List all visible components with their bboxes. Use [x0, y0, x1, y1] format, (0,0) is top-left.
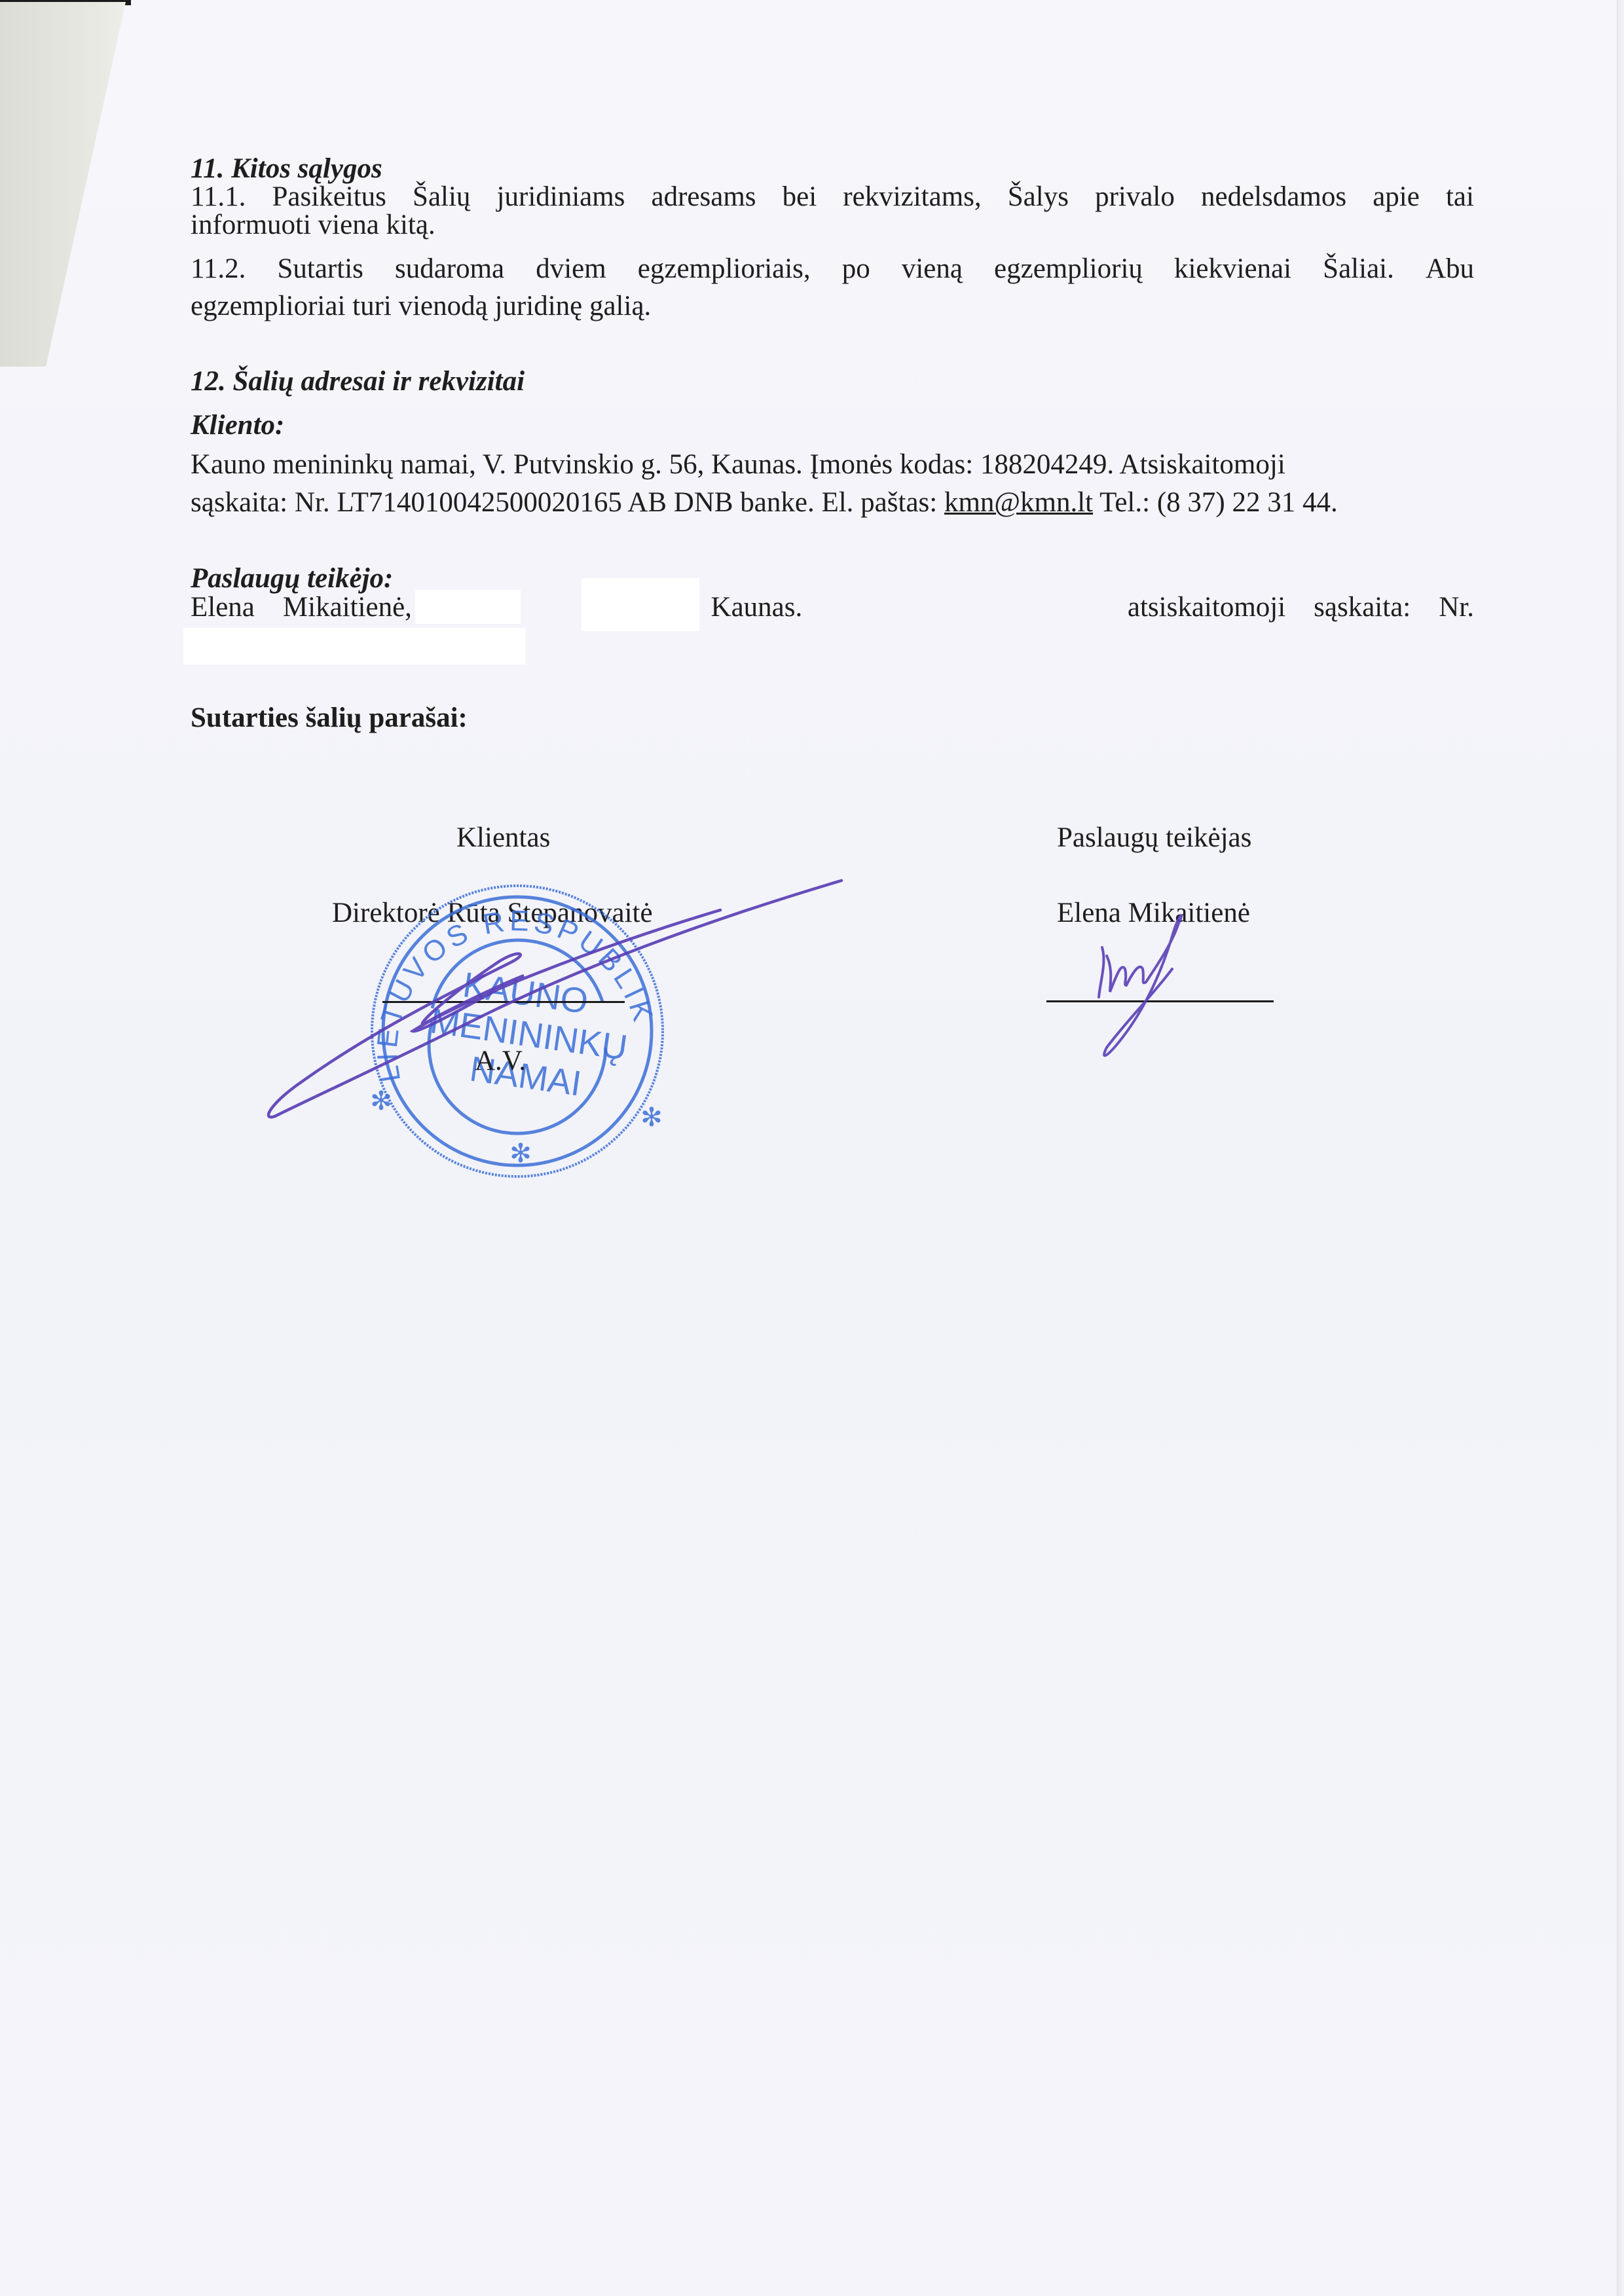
provider-signature-icon — [0, 0, 1624, 2296]
scanned-page: 11. Kitos sąlygos 11.1. Pasikeitus Šalių… — [0, 0, 1624, 2296]
